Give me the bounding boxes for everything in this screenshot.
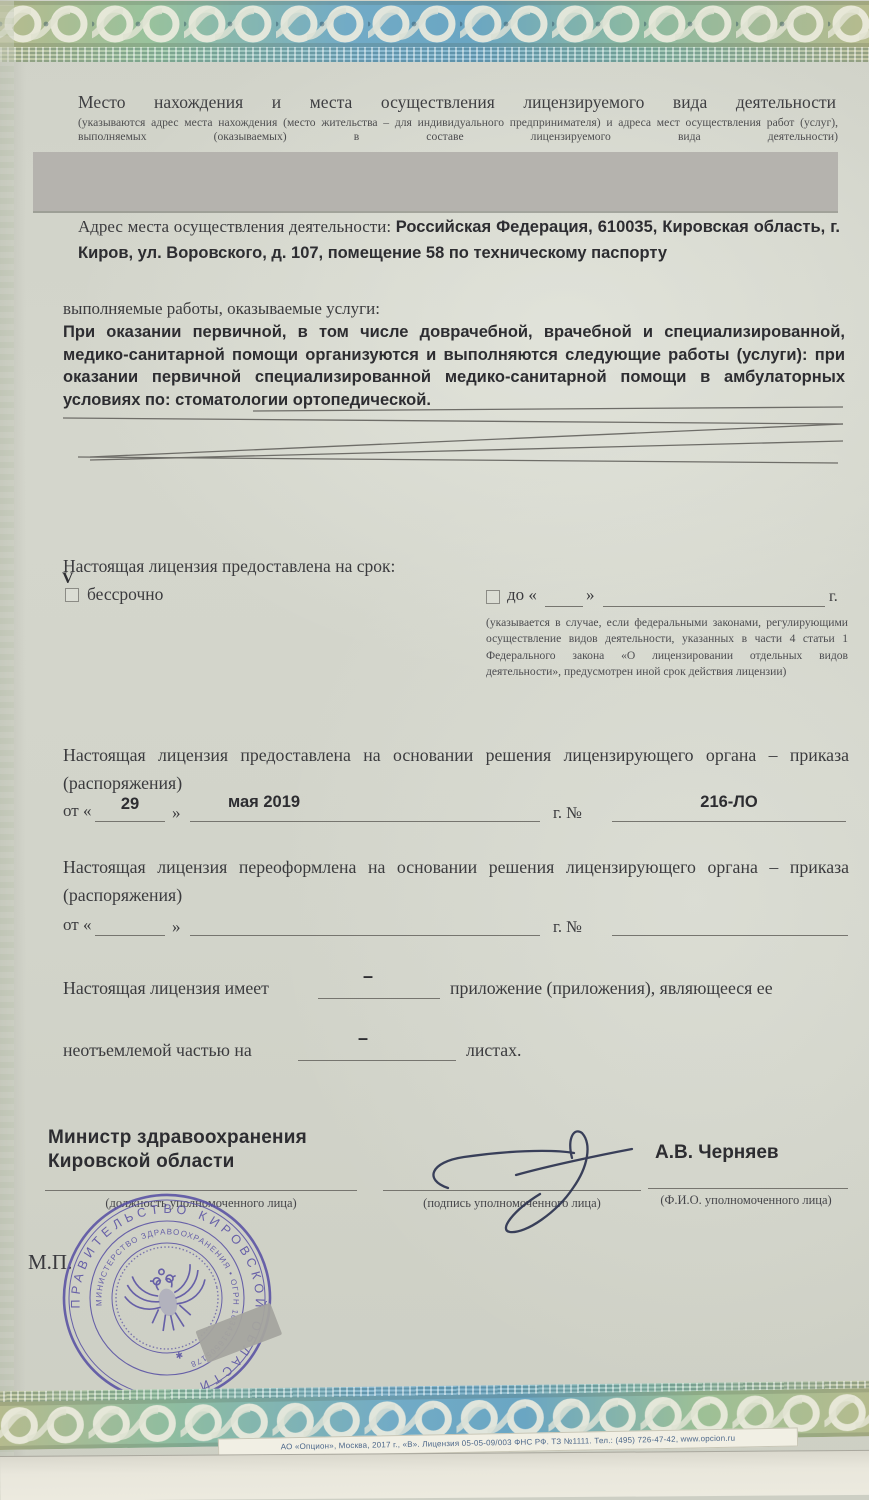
- granted-from-label: от «: [63, 801, 91, 821]
- works-label: выполняемые работы, оказываемые услуги:: [63, 299, 763, 319]
- address-label: Адрес места осуществления деятельности:: [78, 217, 391, 236]
- term-note: (указывается в случае, если федеральными…: [486, 615, 848, 681]
- granted-close-quote: »: [172, 803, 181, 823]
- printer-imprint-text: АО «Опцион», Москва, 2017 г., «В». Лицен…: [281, 1434, 736, 1452]
- granted-day-line: [95, 821, 165, 822]
- until-day-line: [545, 606, 583, 607]
- perpetual-checkbox: [65, 588, 79, 602]
- annex-sheets-value: –: [298, 1028, 428, 1049]
- annex-lead: Настоящая лицензия имеет: [63, 978, 269, 999]
- reissued-close-quote: »: [172, 917, 181, 937]
- until-close-quote: »: [586, 585, 595, 605]
- reissued-text: Настоящая лицензия переоформлена на осно…: [63, 854, 849, 909]
- granted-number-label: г. №: [553, 803, 582, 823]
- annex-sheets-line: [298, 1060, 456, 1061]
- section-title: Место нахождения и места осуществления л…: [78, 92, 836, 113]
- granted-date-value: мая 2019: [228, 793, 300, 812]
- until-prefix: до «: [507, 585, 537, 605]
- top-guilloche-border: [0, 1, 869, 47]
- annex-tail2: листах.: [466, 1040, 522, 1061]
- stamp-star: ✱: [175, 1350, 184, 1361]
- left-edge-border: [0, 0, 14, 1500]
- perpetual-label: бессрочно: [87, 584, 163, 605]
- granted-text: Настоящая лицензия предоставлена на осно…: [63, 742, 849, 797]
- granted-date-line: [190, 821, 540, 822]
- underlying-paper-edge: [0, 1450, 869, 1500]
- annex-tail: приложение (приложения), являющееся ее: [450, 978, 850, 999]
- redaction-box: [33, 152, 838, 211]
- top-mosaic-border: [0, 47, 869, 62]
- signer-position-line2: Кировской области: [48, 1150, 307, 1174]
- signature-scribble: [420, 1122, 680, 1252]
- official-round-stamp: ПРАВИТЕЛЬСТВО КИРОВСКОЙ ОБЛАСТИ МИНИСТЕР…: [50, 1188, 284, 1408]
- until-suffix: г.: [829, 588, 838, 606]
- works-value: При оказании первичной, в том числе довр…: [63, 321, 845, 411]
- reissued-number-label: г. №: [553, 917, 582, 937]
- double-headed-eagle-icon: [121, 1261, 214, 1339]
- section-subtitle: (указываются адрес места нахождения (мес…: [78, 116, 838, 144]
- reissued-day-line: [95, 935, 165, 936]
- reissued-date-line: [190, 935, 540, 936]
- license-document-page: Место нахождения и места осуществления л…: [0, 0, 869, 1500]
- granted-number-value: 216-ЛО: [612, 793, 846, 812]
- annex-lead2: неотъемлемой частью на: [63, 1040, 252, 1061]
- annex-count-value: –: [318, 966, 418, 987]
- signer-position-line1: Министр здравоохранения: [48, 1126, 307, 1150]
- granted-day-value: 29: [95, 795, 165, 814]
- term-label: Настоящая лицензия предоставлена на срок…: [63, 556, 395, 577]
- reissued-number-line: [612, 935, 848, 936]
- annex-count-line: [318, 998, 440, 999]
- reissued-from-label: от «: [63, 915, 91, 935]
- perpetual-checkmark: V: [62, 570, 74, 588]
- granted-number-line: [612, 821, 846, 822]
- until-date-line: [603, 606, 825, 607]
- until-checkbox: [486, 590, 500, 604]
- void-crossout-lines: [0, 400, 869, 480]
